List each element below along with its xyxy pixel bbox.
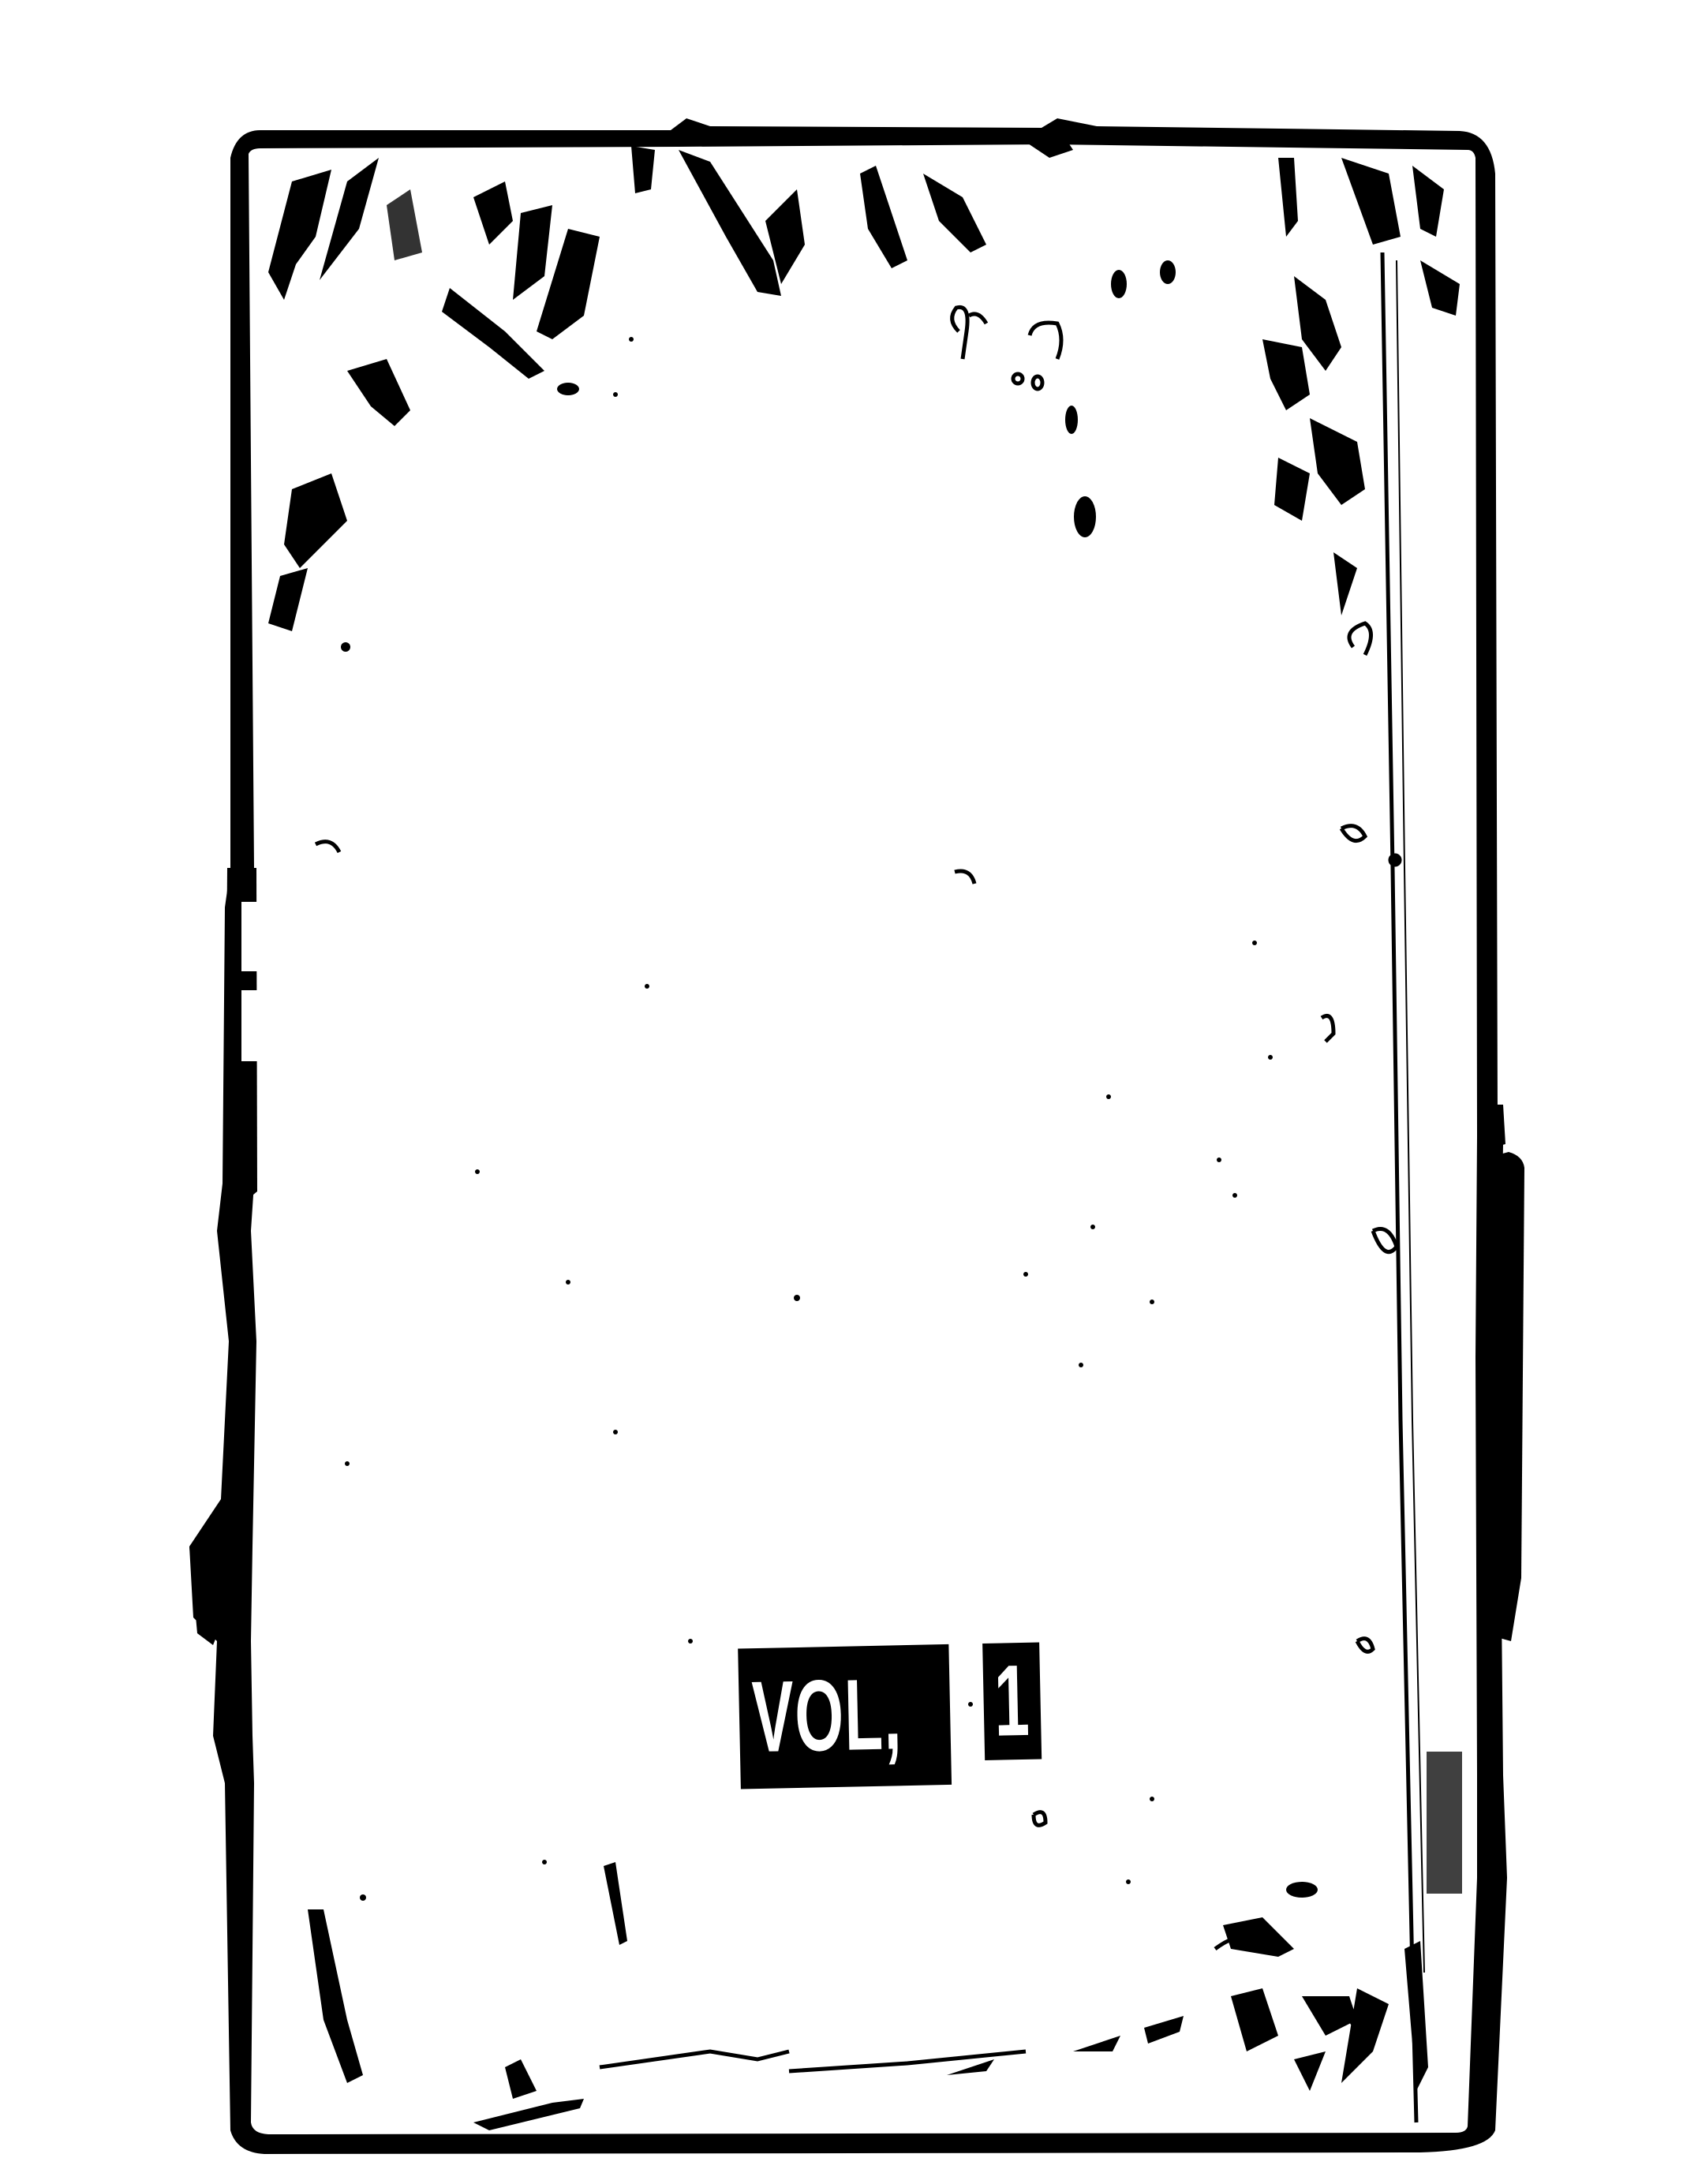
- volume-number: 1: [993, 1651, 1030, 1752]
- volume-number-plate: 1: [982, 1643, 1042, 1760]
- volume-label-text-box: VOL,: [738, 1644, 952, 1789]
- book-cover-scan: [0, 0, 1698, 2184]
- cover-border: [189, 118, 1507, 2154]
- volume-label: VOL, 1: [738, 1642, 1081, 1789]
- volume-label-text: VOL,: [751, 1664, 903, 1768]
- volume-number-box: 1: [982, 1643, 1042, 1760]
